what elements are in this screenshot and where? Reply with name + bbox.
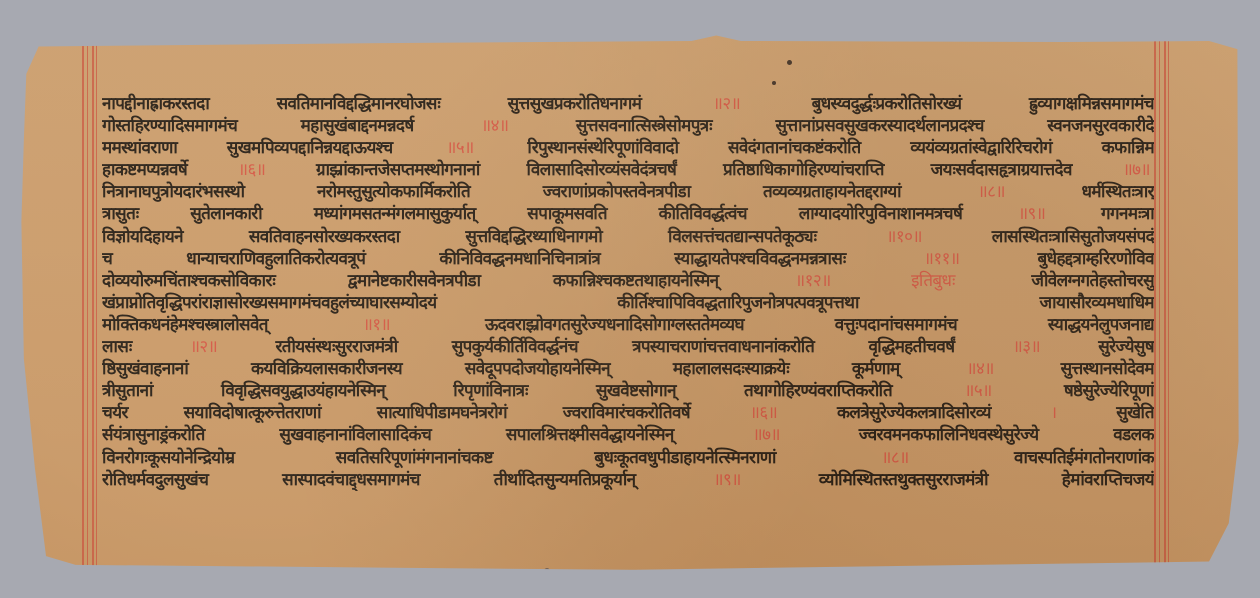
verse-number: ॥१२॥ <box>791 271 835 291</box>
text-segment: धर्मस्थितःत्रार् <box>1082 182 1154 202</box>
text-segment: सुत्तसवनात्सिस्त्रेसोमपुत्रः सुत्तानांप्… <box>576 116 1154 136</box>
text-segment: लासस्थितःत्रासिसुतोजयसंपदं <box>992 227 1154 247</box>
verse-number: ॥३॥ <box>1009 337 1044 357</box>
text-segment: गगनमःत्रा <box>1101 204 1154 224</box>
text-segment: ममस्थांवराणा सुखमपिव्यपद्दानिन्नयद्दाऊयश… <box>102 138 393 158</box>
text-segment: त्रीसुतानां विवृद्धिसवयुद्धाउयंहायनेस्मि… <box>102 381 892 401</box>
manuscript-line: त्रीसुतानां विवृद्धिसवयुद्धाउयंहायनेस्मि… <box>102 380 1154 402</box>
text-segment: सुरेज्येसुष <box>1098 337 1154 357</box>
verse-number: ॥११॥ <box>920 249 964 269</box>
manuscript-line: दोव्ययोरुमचिंताश्चकसोविकारः द्वमानेष्टका… <box>102 270 1154 292</box>
verse-number: ॥५॥ <box>442 138 477 158</box>
text-segment: च धान्याचराणिवहुलातिकरोत्यवत्रूपं कीनिवि… <box>102 249 846 269</box>
ink-spot <box>787 60 792 65</box>
text-segment: मोक्तिकधनंहेमश्चस्त्रालोसवेत् <box>102 315 268 335</box>
text-segment: बुधस्य्वदुर्द्धःप्रकरोतिसोरख्यं ह्रुव्या… <box>812 94 1154 114</box>
text-segment: जीवेलग्नगतेहस्तोचरसु <box>1031 271 1154 291</box>
text-segment: र्सयंत्रासुनाड्रंकरोति सुखवाहनानांविलासा… <box>102 425 674 445</box>
text-segment: खंप्राप्नोतिवृद्धिपरांराज्ञासोरख्यसमागमं… <box>102 293 1154 313</box>
text-segment: नापद्दीनाह्राकरस्तदा सवतिमानविद्दद्धिमान… <box>102 94 641 114</box>
verse-number: ॥२॥ <box>709 94 744 114</box>
text-segment: रोतिधर्मवदुलसुखंच सास्पादवंचाद्द्धसमागमं… <box>102 470 636 490</box>
text-segment: नित्रानाघपुत्रोयदारंभसस्थो नरोमस्तुसुत्य… <box>102 182 901 202</box>
verse-number: ॥६॥ <box>234 160 269 180</box>
manuscript-text: नापद्दीनाह्राकरस्तदा सवतिमानविद्दद्धिमान… <box>102 93 1154 491</box>
text-segment: ऊदवराझ्रोवगतसुरेज्यधनादिसोगाग्लस्ततेमव्य… <box>485 315 1154 335</box>
text-segment: दोव्ययोरुमचिंताश्चकसोविकारः द्वमानेष्टका… <box>102 271 718 291</box>
text-segment: त्रासुतः सुतेलानकारी मध्यांगमसतन्मंगलमास… <box>102 204 962 224</box>
manuscript-line: मोक्तिकधनंहेमश्चस्त्रालोसवेत् ॥१॥ ऊदवराझ… <box>102 314 1154 336</box>
verse-number: ॥२॥ <box>186 337 221 357</box>
manuscript-line: रोतिधर्मवदुलसुखंच सास्पादवंचाद्द्धसमागमं… <box>102 469 1154 491</box>
manuscript-line: विनरोगःकूसयोनेन्द्रियोम्र सवतिसरिपूणांमं… <box>102 447 1154 469</box>
text-segment: गोस्तहिरण्यादिसमागमंच महासुखंबाद्दनमन्नद… <box>102 116 414 136</box>
manuscript-line: नित्रानाघपुत्रोयदारंभसस्थो नरोमस्तुसुत्य… <box>102 181 1154 203</box>
manuscript-line: त्रासुतः सुतेलानकारी मध्यांगमसतन्मंगलमास… <box>102 203 1154 225</box>
text-segment: षष्ठेसुरेज्येरिपूणां <box>1064 381 1154 401</box>
left-margin-rules <box>82 34 98 572</box>
manuscript-line: नापद्दीनाह्राकरस्तदा सवतिमानविद्दद्धिमान… <box>102 93 1154 115</box>
manuscript-folio: नापद्दीनाह्राकरस्तदा सवतिमानविद्दद्धिमान… <box>14 30 1246 578</box>
text-segment: कलत्रेसुरेज्येकलत्रादिसोरव्यं <box>837 403 991 423</box>
verse-number: ॥९॥ <box>1014 204 1049 224</box>
text-segment: बुधेहद्दत्राम्हरिरणोविव <box>1038 249 1154 269</box>
text-segment: सुखेति <box>1116 403 1154 423</box>
text-segment: हाकष्टमप्यन्नवर्षे <box>102 160 187 180</box>
text-segment: रतीयसंस्थःसुरराजमंत्री सुपकुर्यकीर्तिविव… <box>275 337 954 357</box>
text-segment: विज्ञोयदिहायने सवतिवाहनसोरख्यकरस्तदा सुत… <box>102 227 816 247</box>
verse-number: ॥८॥ <box>877 448 912 468</box>
verse-number: ॥७॥ <box>749 425 784 445</box>
manuscript-line: विज्ञोयदिहायने सवतिवाहनसोरख्यकरस्तदा सुत… <box>102 226 1154 248</box>
manuscript-line: खंप्राप्नोतिवृद्धिपरांराज्ञासोरख्यसमागमं… <box>102 292 1154 314</box>
text-segment: ज्वरवमनकफालिनिधवस्थेसुरेज्ये वडलक <box>859 425 1154 445</box>
verse-number: ॥५॥ <box>960 381 995 401</box>
manuscript-line: र्सयंत्रासुनाड्रंकरोति सुखवाहनानांविलासा… <box>102 424 1154 446</box>
text-segment: सुत्तस्थानसोदेवम <box>1061 359 1154 379</box>
manuscript-line: ममस्थांवराणा सुखमपिव्यपद्दानिन्नयद्दाऊयश… <box>102 137 1154 159</box>
manuscript-line: हाकष्टमप्यन्नवर्षे ॥६॥ ग्राझ्रांकान्तजेस… <box>102 159 1154 181</box>
verse-number: ॥४॥ <box>477 116 512 136</box>
manuscript-line: चर्यर सयाविदोषात्कूरुत्तेतराणां सात्याधि… <box>102 402 1154 424</box>
text-segment: रिपुस्थानसंस्थेरिपूणांविवादो सवेदंगतानां… <box>527 138 1154 158</box>
verse-number: इतिबुधः <box>907 271 959 291</box>
manuscript-line: च धान्याचराणिवहुलातिकरोत्यवत्रूपं कीनिवि… <box>102 248 1154 270</box>
manuscript-line: ष्ठिसुखंवाहनानां कयविक्रियलासकारीजनस्य स… <box>102 358 1154 380</box>
text-segment: विनरोगःकूसयोनेन्द्रियोम्र सवतिसरिपूणांमं… <box>102 448 776 468</box>
text-segment: लासः <box>102 337 132 357</box>
manuscript-line: गोस्तहिरण्यादिसमागमंच महासुखंबाद्दनमन्नद… <box>102 115 1154 137</box>
verse-number: ॥७॥ <box>1119 160 1154 180</box>
verse-number: ॥१॥ <box>359 315 394 335</box>
verse-number: ॥९॥ <box>709 470 744 490</box>
ink-spot <box>772 81 776 85</box>
text-segment: ष्ठिसुखंवाहनानां कयविक्रियलासकारीजनस्य स… <box>102 359 900 379</box>
verse-number: ॥६॥ <box>746 403 781 423</box>
text-segment: व्योमिस्थितस्तथुक्तसुरराजमंत्री हेमांवरा… <box>819 470 1154 490</box>
text-segment: चर्यर सयाविदोषात्कूरुत्तेतराणां सात्याधि… <box>102 403 690 423</box>
verse-number: ॥४॥ <box>962 359 997 379</box>
verse-number: ॥८॥ <box>974 182 1009 202</box>
manuscript-line: लासः ॥२॥ रतीयसंस्थःसुरराजमंत्री सुपकुर्य… <box>102 336 1154 358</box>
verse-number: । <box>1047 403 1061 423</box>
text-segment: ग्राझ्रांकान्तजेसप्तमस्थोगनानां विलासादि… <box>316 160 1072 180</box>
right-margin-rules <box>1154 34 1170 572</box>
pin-hole <box>544 568 550 574</box>
verse-number: ॥१०॥ <box>882 227 926 247</box>
text-segment: वाचस्पतिर्ईमंगतोनराणांक <box>1014 448 1154 468</box>
